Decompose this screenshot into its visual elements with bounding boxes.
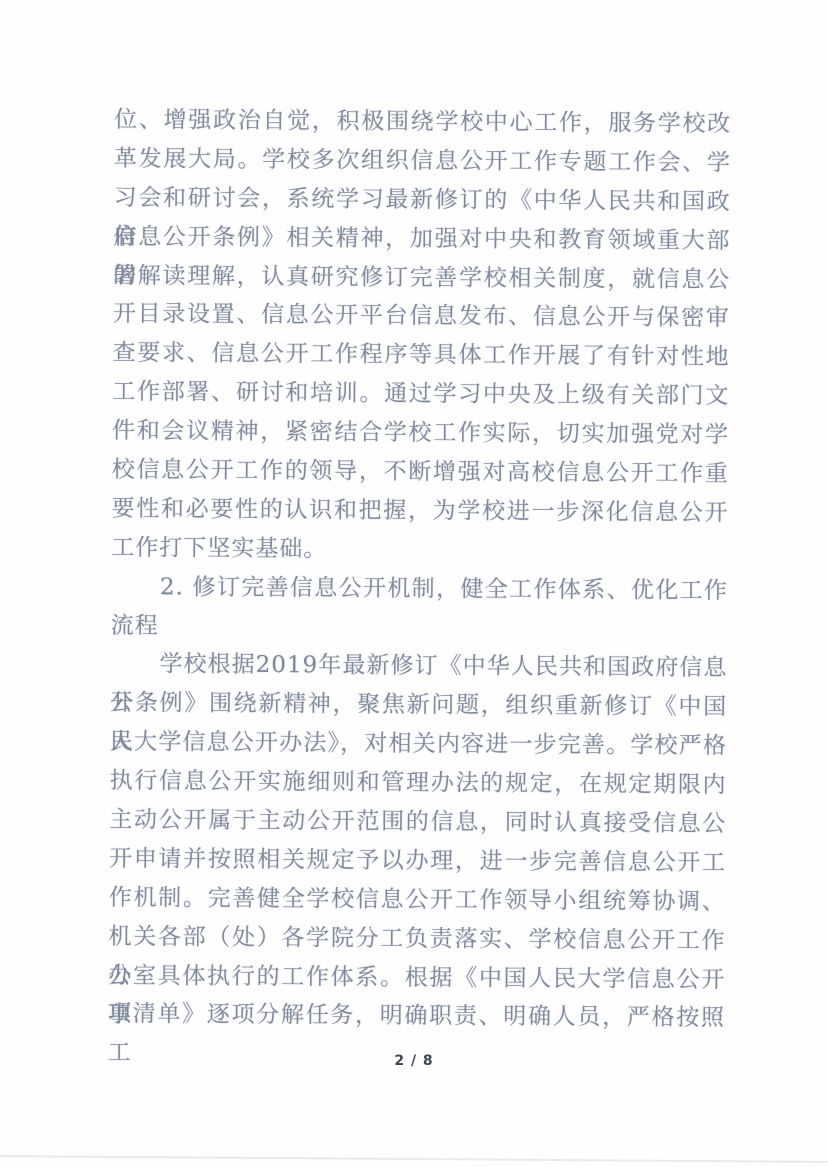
text-line: 开申请并按照相关规定予以办理，进一步完善信息公开工 (109, 840, 726, 883)
paper-edge-line (0, 1155, 828, 1163)
text-line: 作机制。完善健全学校信息公开工作领导小组统筹协调、 (109, 879, 726, 922)
page-number-indicator: 2 / 8 (0, 1053, 828, 1069)
text-line: 执行信息公开实施细则和管理办法的规定，在规定期限内 (109, 762, 726, 805)
text-line: 开目录设置、信息公开平台信息发布、信息公开与保密审 (113, 295, 730, 338)
text-line: 校信息公开工作的领导，不断增强对高校信息公开工作重 (112, 451, 729, 494)
text-line: 项清单》逐项分解任务，明确职责、明确人员，严格按照工 (108, 995, 725, 1038)
document-text-block: 位、增强政治自觉，积极围绕学校中心工作，服务学校改 革发展大局。学校多次组织信息… (108, 101, 732, 1039)
text-line: 信息公开条例》相关精神，加强对中央和教育领域重大部署 (113, 218, 730, 261)
text-line: 机关各部（处）各学院分工负责落实、学校信息公开工作办 (108, 918, 725, 961)
text-line: 工作部署、研讨和培训。通过学习中央及上级有关部门文 (112, 373, 729, 416)
text-line: 习会和研讨会，系统学习最新修订的《中华人民共和国政府 (114, 179, 731, 222)
text-line-paragraph-end: 工作打下坚实基础。 (111, 529, 728, 572)
text-line: 要性和必要性的认识和把握，为学校进一步深化信息公开 (111, 490, 728, 533)
text-line: 革发展大局。学校多次组织信息公开工作专题工作会、学 (114, 140, 731, 183)
scanned-document-page: 位、增强政治自觉，积极围绕学校中心工作，服务学校改 革发展大局。学校多次组织信息… (0, 0, 828, 1167)
section-heading-line: 2. 修订完善信息公开机制，健全工作体系、优化工作 (111, 568, 728, 611)
text-line-paragraph-start: 学校根据2019年最新修订《中华人民共和国政府信息公 (110, 645, 727, 688)
text-line: 开条例》围绕新精神，聚焦新问题，组织重新修订《中国人 (110, 684, 727, 727)
text-line: 的解读理解，认真研究修订完善学校相关制度，就信息公 (113, 256, 730, 299)
text-line: 件和会议精神，紧密结合学校工作实际，切实加强党对学 (112, 412, 729, 455)
text-line: 民大学信息公开办法》，对相关内容进一步完善。学校严格 (110, 723, 727, 766)
text-line: 查要求、信息公开工作程序等具体工作开展了有针对性地 (112, 334, 729, 377)
text-line: 主动公开属于主动公开范围的信息，同时认真接受信息公 (109, 801, 726, 844)
text-line: 位、增强政治自觉，积极围绕学校中心工作，服务学校改 (114, 101, 731, 144)
text-line: 公室具体执行的工作体系。根据《中国人民大学信息公开事 (108, 956, 725, 999)
section-heading-line-continued: 流程 (111, 606, 728, 649)
